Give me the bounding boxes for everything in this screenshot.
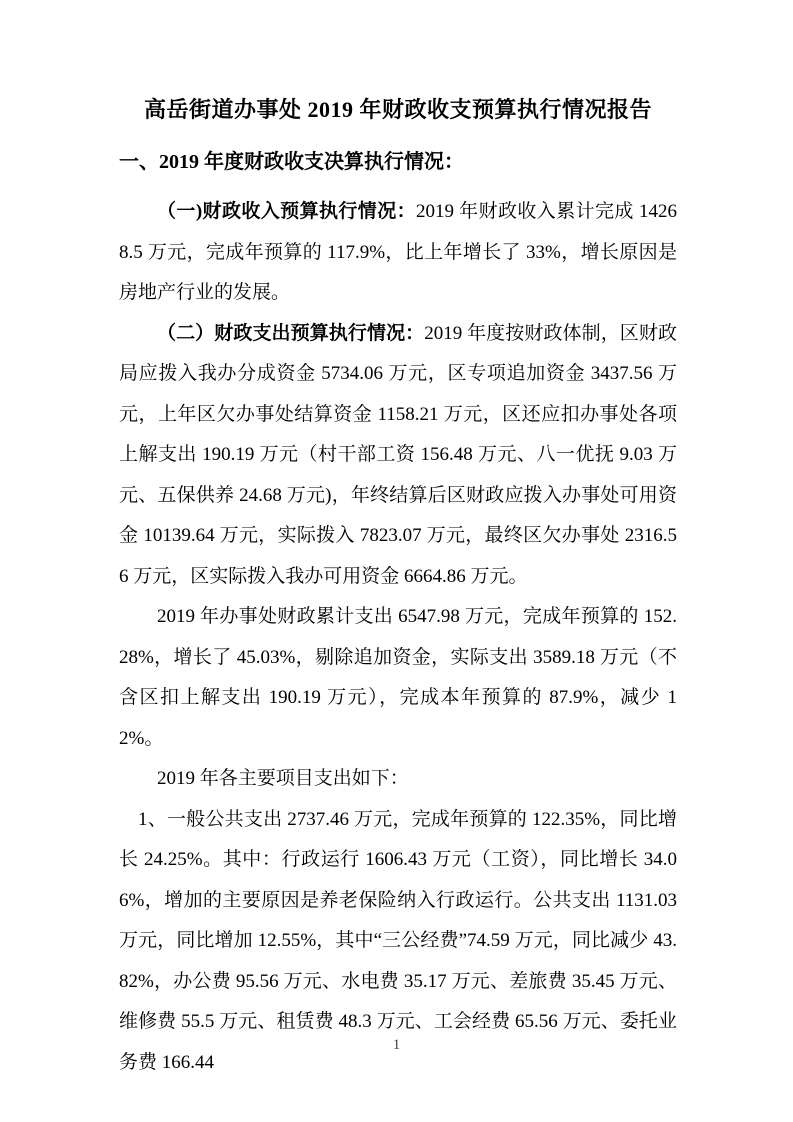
paragraph-text: 2019 年办事处财政累计支出 6547.98 万元，完成年预算的 152.28… (119, 606, 677, 749)
page-content: 高岳街道办事处 2019 年财政收支预算执行情况报告 一、2019 年度财政收支… (119, 92, 677, 1083)
paragraph: 2019 年各主要项目支出如下： (119, 759, 677, 800)
page-number: 1 (0, 1036, 793, 1054)
paragraph-label: （一)财政收入预算执行情况： (157, 201, 416, 222)
paragraph: 2019 年办事处财政累计支出 6547.98 万元，完成年预算的 152.28… (119, 597, 677, 759)
section-heading: 一、2019 年度财政收支决算执行情况： (119, 140, 677, 184)
paragraph: （一)财政收入预算执行情况：2019 年财政收入累计完成 14268.5 万元，… (119, 192, 677, 314)
paragraph-label: （二）财政支出预算执行情况： (157, 323, 424, 344)
paragraph: （二）财政支出预算执行情况：2019 年度按财政体制，区财政局应拨入我办分成资金… (119, 314, 677, 598)
document-page: 高岳街道办事处 2019 年财政收支预算执行情况报告 一、2019 年度财政收支… (0, 0, 793, 1122)
paragraph-text: 2019 年各主要项目支出如下： (157, 768, 409, 789)
document-title: 高岳街道办事处 2019 年财政收支预算执行情况报告 (119, 92, 677, 128)
paragraph-text: 2019 年度按财政体制，区财政局应拨入我办分成资金 5734.06 万元，区专… (119, 323, 677, 587)
paragraph-text: 1、一般公共支出 2737.46 万元，完成年预算的 122.35%，同比增长 … (119, 809, 677, 1073)
